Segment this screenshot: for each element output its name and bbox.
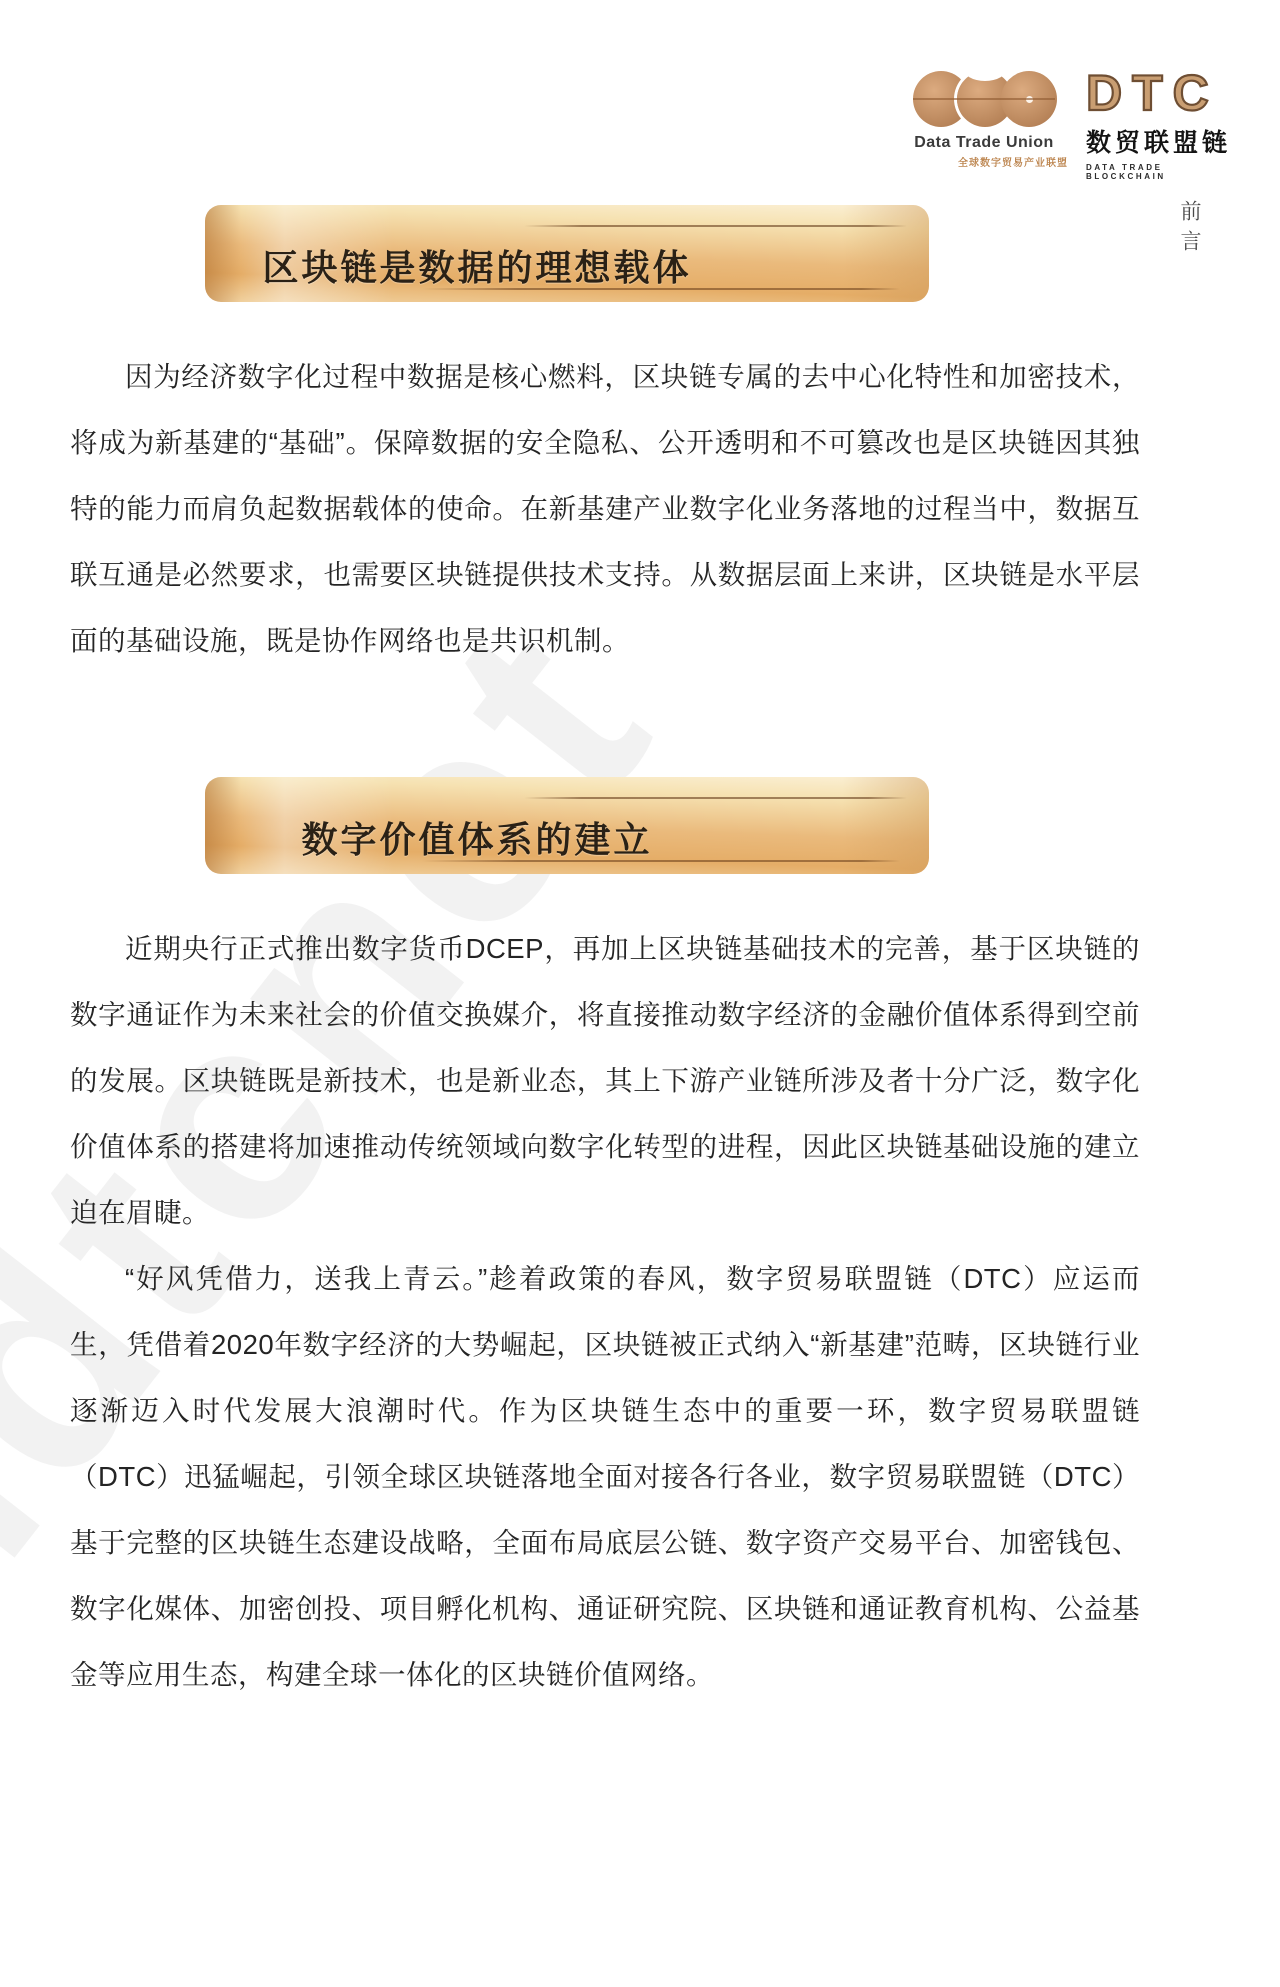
data-trade-union-name: Data Trade Union	[900, 134, 1068, 152]
section-title-2: 数字价值体系的建立	[301, 788, 652, 863]
document-page: smdtcnet Data Trade Union 全球数字贸易产业联盟 DTC…	[0, 0, 1280, 1987]
paragraph: “好风凭借力，送我上青云。”趁着政策的春风，数字贸易联盟链（DTC）应运而生，凭…	[70, 1246, 1140, 1708]
dtc-logo: DTC 数贸联盟链 DATA TRADE BLOCKCHAIN	[1086, 66, 1244, 181]
data-trade-union-circles-icon	[913, 70, 1055, 128]
logo-divider-line	[913, 98, 1055, 100]
section-banner-2: 数字价值体系的建立	[205, 777, 929, 874]
paragraph: 近期央行正式推出数字货币DCEP，再加上区块链基础技术的完善，基于区块链的数字通…	[70, 916, 1140, 1246]
section-1-body: 因为经济数字化过程中数据是核心燃料，区块链专属的去中心化特性和加密技术，将成为新…	[70, 344, 1140, 674]
dtc-english-name: DATA TRADE BLOCKCHAIN	[1086, 163, 1244, 181]
dtc-chinese-name: 数贸联盟链	[1086, 123, 1244, 159]
data-trade-union-tagline: 全球数字贸易产业联盟	[900, 154, 1068, 169]
paragraph: 因为经济数字化过程中数据是核心燃料，区块链专属的去中心化特性和加密技术，将成为新…	[70, 344, 1140, 674]
section-title-1: 区块链是数据的理想载体	[262, 216, 691, 291]
dtc-acronym: DTC	[1086, 66, 1244, 120]
section-2-body: 近期央行正式推出数字货币DCEP，再加上区块链基础技术的完善，基于区块链的数字通…	[70, 916, 1140, 1708]
data-trade-union-logo: Data Trade Union 全球数字贸易产业联盟	[900, 70, 1068, 169]
section-banner-1: 区块链是数据的理想载体	[205, 205, 929, 302]
preface-side-label: 前言	[1174, 200, 1204, 260]
